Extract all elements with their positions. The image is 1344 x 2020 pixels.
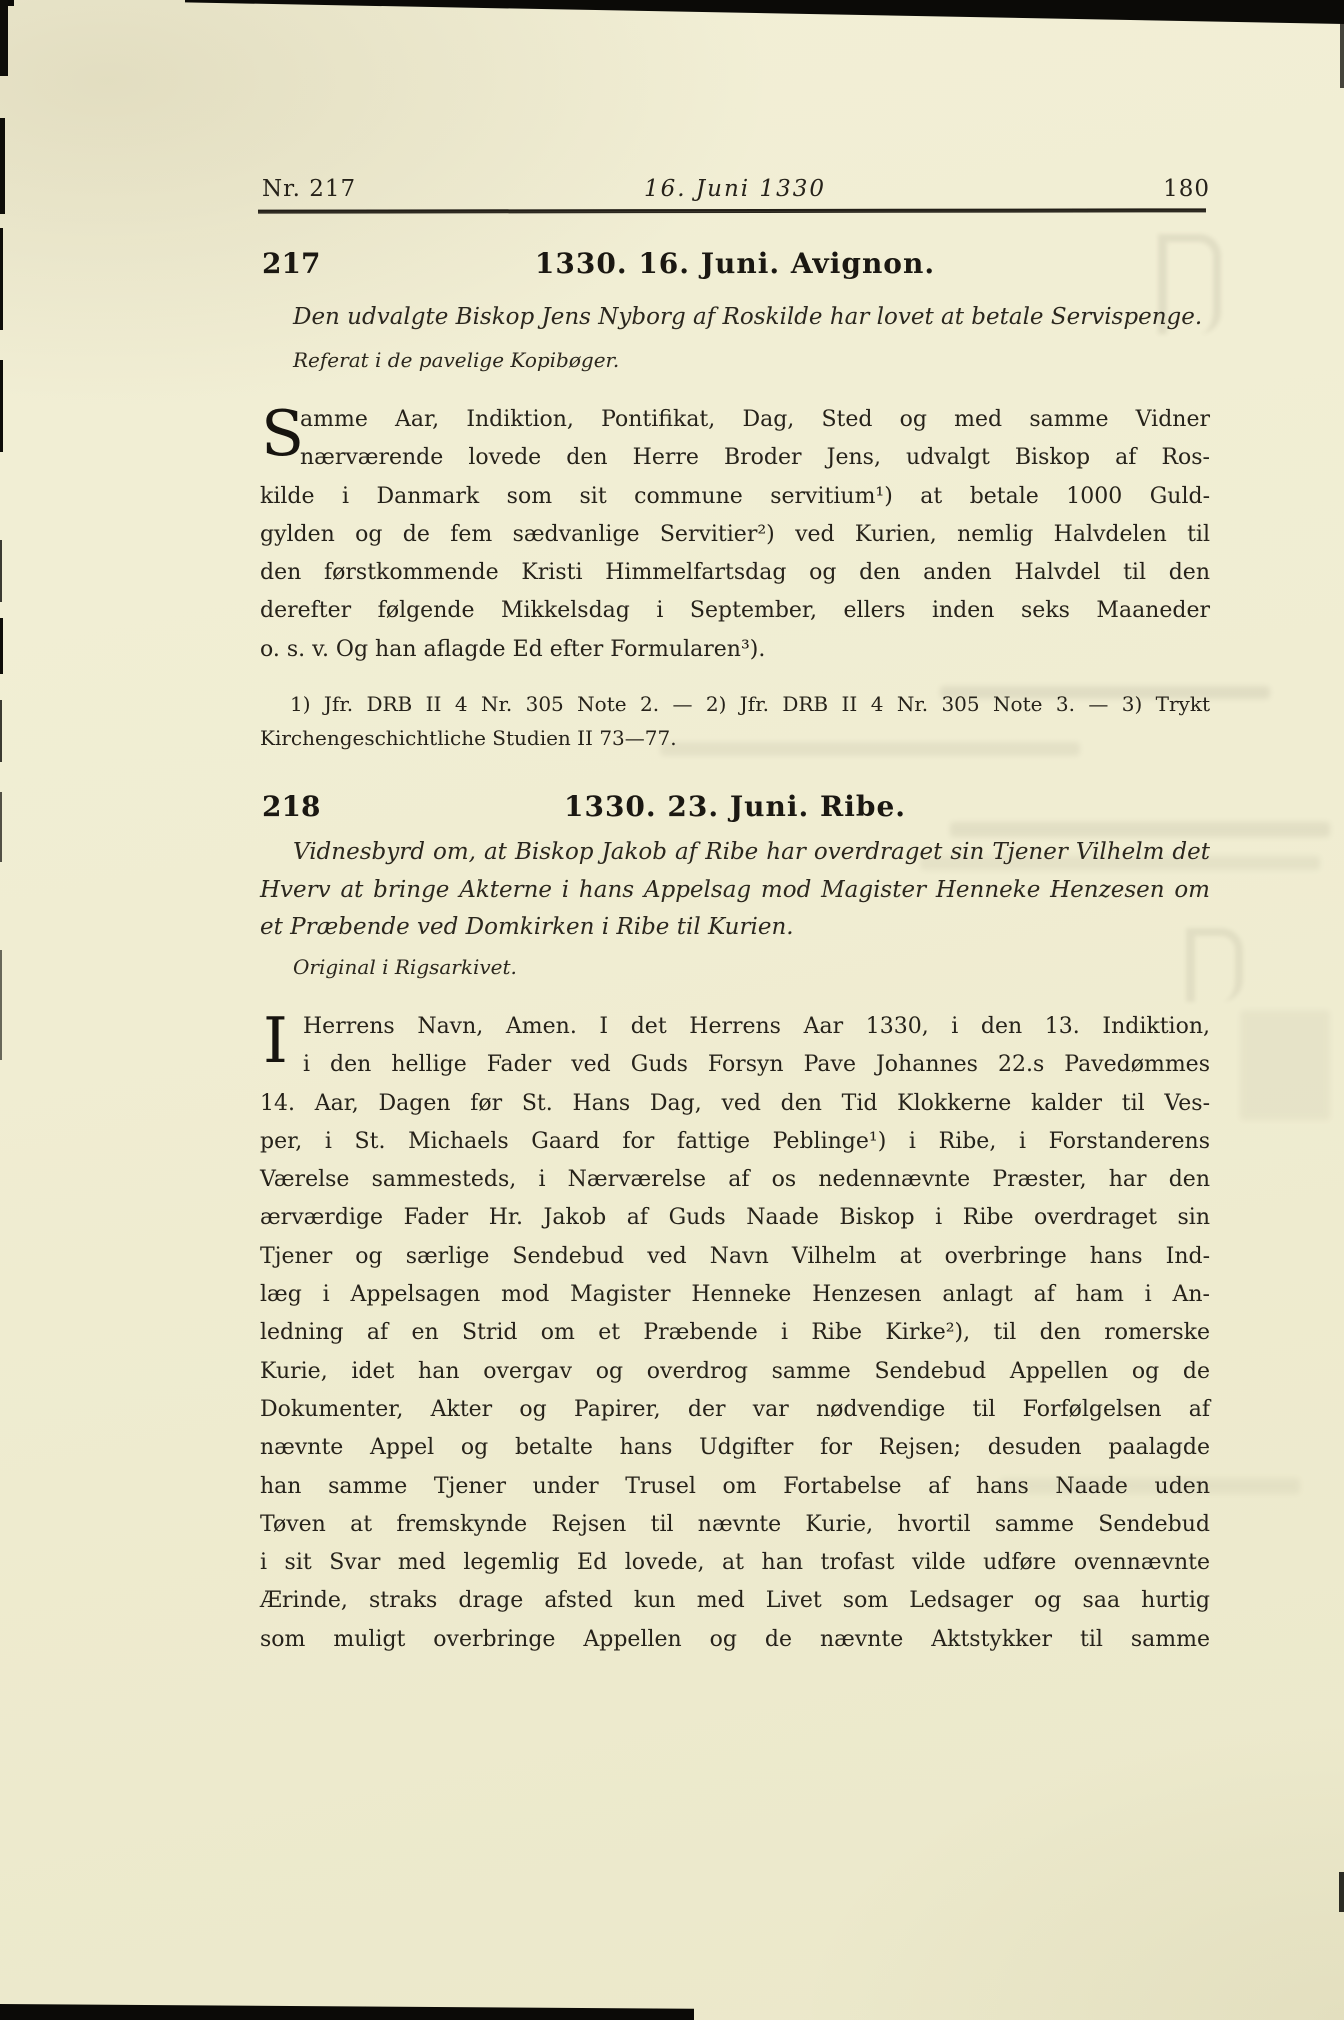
text-line: gylden og de fem sædvanlige Servitier²) … <box>260 516 1210 554</box>
entry-217-heading-row: 217 1330. 16. Juni. Avignon. <box>260 248 1210 282</box>
entry-217-source-note: Referat i de pavelige Kopibøger. <box>260 347 1243 373</box>
book-page-scan: Nr. 217 16. Juni 1330 180 217 1330. 16. … <box>0 0 1344 2020</box>
bleed-through-ghost <box>1240 1010 1330 1120</box>
text-line: et Præbende ved Domkirken i Ribe til Kur… <box>260 909 1210 947</box>
scan-artifact-left-edge <box>0 118 5 214</box>
scan-artifact-left-edge <box>0 792 2 862</box>
entry-218-body: I Herrens Navn, Amen. I det Herrens Aar … <box>260 1008 1210 1659</box>
entry-217-body: S amme Aar, Indiktion, Pontifikat, Dag, … <box>260 401 1210 669</box>
scan-artifact-right-edge <box>1339 1872 1344 1912</box>
entry-heading: 1330. 16. Juni. Avignon. <box>260 248 1210 280</box>
scan-artifact-left-edge <box>0 700 2 762</box>
text-line: Dokumenter, Akter og Papirer, der var nø… <box>260 1391 1210 1429</box>
text-line: Tjener og særlige Sendebud ved Navn Vilh… <box>260 1238 1210 1276</box>
running-head: Nr. 217 16. Juni 1330 180 <box>260 176 1210 204</box>
text-line: Værelse sammesteds, i Nærværelse af os n… <box>260 1161 1210 1199</box>
text-line: som muligt overbringe Appellen og de næv… <box>260 1621 1210 1659</box>
scan-artifact-left-edge <box>0 950 2 1060</box>
drop-cap: I <box>263 1009 288 1072</box>
text-line: Hverv at bringe Akterne i hans Appelsag … <box>260 872 1210 910</box>
text-line: 14. Aar, Dagen før St. Hans Dag, ved den… <box>260 1085 1210 1123</box>
text-line: kilde i Danmark som sit commune servitiu… <box>260 478 1210 516</box>
entry-218-heading-row: 218 1330. 23. Juni. Ribe. <box>260 791 1210 825</box>
text-line: han samme Tjener under Trusel om Fortabe… <box>260 1468 1210 1506</box>
text-line: derefter følgende Mikkelsdag i September… <box>260 592 1210 630</box>
text-line: per, i St. Michaels Gaard for fattige Pe… <box>260 1123 1210 1161</box>
text-line: Ærinde, straks drage afsted kun med Live… <box>260 1582 1210 1620</box>
scan-artifact-bottom-bar <box>0 2004 694 2020</box>
text-line: Vidnesbyrd om, at Biskop Jakob af Ribe h… <box>260 834 1210 872</box>
text-line: ledning af en Strid om et Præbende i Rib… <box>260 1314 1210 1352</box>
text-line: Kurie, idet han overgav og overdrog samm… <box>260 1353 1210 1391</box>
entry-218-source-note: Original i Rigsarkivet. <box>260 954 1243 980</box>
text-line: læg i Appelsagen mod Magister Henneke He… <box>260 1276 1210 1314</box>
text-line: Tøven at fremskynde Rejsen til nævnte Ku… <box>260 1506 1210 1544</box>
entry-217-footnotes: 1) Jfr. DRB II 4 Nr. 305 Note 2. — 2) Jf… <box>260 687 1210 755</box>
text-line: ærværdige Fader Hr. Jakob af Guds Naade … <box>260 1199 1210 1237</box>
text-line: o. s. v. Og han aflagde Ed efter Formula… <box>260 631 1210 669</box>
entry-217-summary: Den udvalgte Biskop Jens Nyborg af Roski… <box>260 302 1210 332</box>
scan-artifact-left-edge <box>0 228 3 330</box>
entry-heading: 1330. 23. Juni. Ribe. <box>260 791 1210 823</box>
scan-artifact-top-bar <box>185 0 1344 24</box>
text-line: 1) Jfr. DRB II 4 Nr. 305 Note 2. — 2) Jf… <box>260 687 1210 721</box>
text-line: i sit Svar med legemlig Ed lovede, at ha… <box>260 1544 1210 1582</box>
text-line: den førstkommende Kristi Himmelfartsdag … <box>260 554 1210 592</box>
scan-artifact-left-edge <box>0 0 8 76</box>
drop-cap: S <box>261 402 304 465</box>
scan-artifact-left-edge <box>0 618 3 674</box>
text-line: nævnte Appel og betalte hans Udgifter fo… <box>260 1429 1210 1467</box>
scan-artifact-right-edge <box>1340 0 1344 88</box>
scan-artifact-left-edge <box>0 360 3 452</box>
text-line: amme Aar, Indiktion, Pontifikat, Dag, St… <box>260 401 1210 439</box>
text-line: i den hellige Fader ved Guds Forsyn Pave… <box>260 1046 1210 1084</box>
page-number: 180 <box>1163 176 1210 202</box>
text-line: Herrens Navn, Amen. I det Herrens Aar 13… <box>260 1008 1210 1046</box>
text-line: Den udvalgte Biskop Jens Nyborg af Roski… <box>260 302 1210 332</box>
scan-artifact-left-edge <box>0 540 2 602</box>
running-head-date: 16. Juni 1330 <box>260 176 1210 202</box>
text-line: nærværende lovede den Herre Broder Jens,… <box>260 439 1210 477</box>
entry-218-summary: Vidnesbyrd om, at Biskop Jakob af Ribe h… <box>260 834 1210 947</box>
header-rule <box>258 208 1206 213</box>
text-line: Kirchengeschichtliche Studien II 73—77. <box>260 721 1210 755</box>
